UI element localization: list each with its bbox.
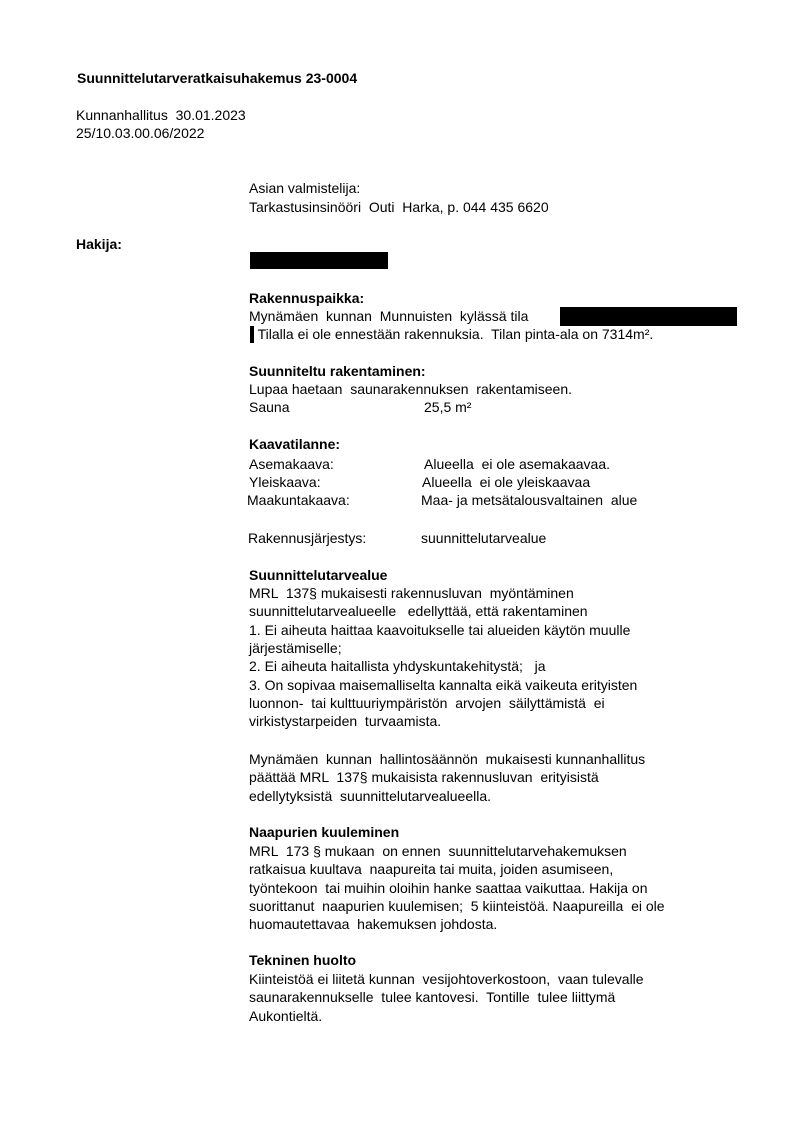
- zoning-value: Maa- ja metsätalousvaltainen alue: [421, 491, 637, 509]
- property-redaction: [560, 307, 737, 326]
- text-line: suunnittelutarvealueelle edellyttää, ett…: [249, 602, 588, 620]
- preparer-value: Tarkastusinsinööri Outi Harka, p. 044 43…: [249, 198, 549, 216]
- text-line: ratkaisua kuultava naapureita tai muita,…: [249, 860, 613, 878]
- planned-construction-text: Lupaa haetaan saunarakennuksen rakentami…: [249, 380, 572, 398]
- zoning-value: Alueella ei ole yleiskaavaa: [422, 473, 590, 491]
- building-order-label: Rakennusjärjestys:: [248, 529, 366, 547]
- meeting-line: Kunnanhallitus 30.01.2023: [76, 106, 246, 124]
- text-line: MRL 173 § mukaan on ennen suunnittelutar…: [249, 842, 627, 860]
- zoning-heading: Kaavatilanne:: [249, 435, 340, 453]
- text-line: luonnon- tai kulttuuriympäristön arvojen…: [249, 694, 605, 712]
- applicant-redaction: [250, 252, 388, 269]
- text-line: suorittanut naapurien kuulemisen; 5 kiin…: [249, 897, 665, 915]
- zoning-label: Asemakaava:: [249, 455, 334, 473]
- sauna-label: Sauna: [249, 398, 289, 416]
- text-line: virkistystarpeiden turvaamista.: [249, 712, 441, 730]
- zoning-value: Alueella ei ole asemakaavaa.: [424, 455, 610, 473]
- record-id: 25/10.03.00.06/2022: [76, 124, 204, 142]
- neighbours-heading: Naapurien kuuleminen: [249, 823, 399, 841]
- zoning-label: Maakuntakaava:: [247, 491, 350, 509]
- planning-need-heading: Suunnittelutarvealue: [249, 566, 387, 584]
- text-line: 2. Ei aiheuta haitallista yhdyskuntakehi…: [249, 657, 546, 675]
- text-line: Mynämäen kunnan hallintosäännön mukaises…: [249, 750, 645, 768]
- planned-construction-heading: Suunniteltu rakentaminen:: [249, 362, 426, 380]
- text-line: saunarakennukselle tulee kantovesi. Tont…: [249, 988, 615, 1006]
- text-line: MRL 137§ mukaisesti rakennusluvan myöntä…: [249, 584, 574, 602]
- zoning-label: Yleiskaava:: [249, 473, 321, 491]
- text-line: huomautettavaa hakemuksen johdosta.: [249, 915, 497, 933]
- preparer-label: Asian valmistelija:: [249, 179, 360, 197]
- text-line: päättää MRL 137§ mukaisista rakennusluva…: [249, 768, 599, 786]
- document-title: Suunnittelutarveratkaisuhakemus 23-0004: [77, 69, 357, 87]
- sauna-area: 25,5 m²: [424, 398, 471, 416]
- text-line: 1. Ei aiheuta haittaa kaavoitukselle tai…: [249, 621, 630, 639]
- text-line: Kiinteistöä ei liitetä kunnan vesijohtov…: [249, 970, 644, 988]
- text-line: Aukontieltä.: [249, 1007, 322, 1025]
- building-order-value: suunnittelutarvealue: [421, 529, 546, 547]
- text-line: työntekoon tai muihin oloihin hanke saat…: [249, 879, 647, 897]
- text-line: järjestämiselle;: [249, 639, 342, 657]
- text-line: 3. On sopivaa maisemalliselta kannalta e…: [249, 676, 637, 694]
- technical-heading: Tekninen huolto: [249, 951, 356, 969]
- building-site-heading: Rakennuspaikka:: [249, 289, 364, 307]
- applicant-label: Hakija:: [76, 235, 122, 253]
- building-site-line2: Tilalla ei ole ennestään rakennuksia. Ti…: [254, 325, 653, 343]
- building-site-line1: Mynämäen kunnan Munnuisten kylässä tila: [249, 307, 532, 325]
- text-line: edellytyksistä suunnittelutarvealueella.: [249, 787, 491, 805]
